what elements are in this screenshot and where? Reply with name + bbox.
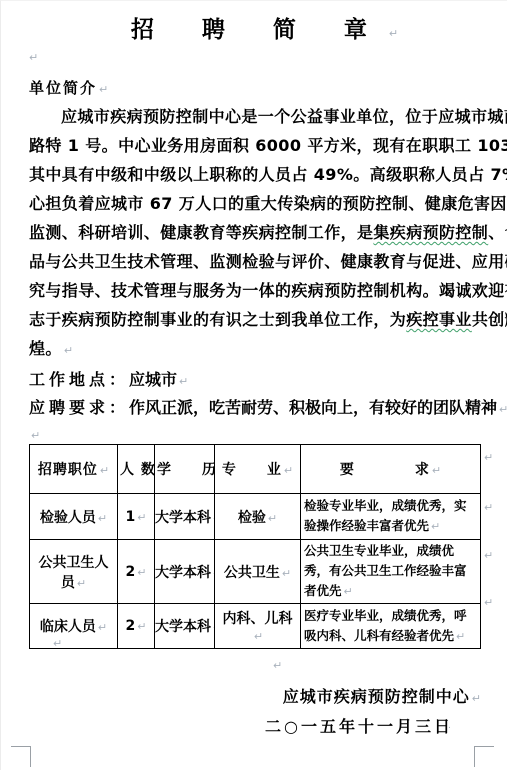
intro-text: 心担负着应城市 67 万人口的重大传染病的预防控制、健康危害因素	[29, 194, 507, 213]
grammar-check-underlined-text: 疾控事业	[406, 310, 472, 329]
count-cell: 1↵	[118, 494, 155, 540]
count-cell: 2↵	[118, 604, 155, 649]
paragraph-mark: ↵	[99, 83, 108, 96]
page-title: 招 聘 简 章↵	[1, 11, 507, 44]
row-end-mark: ↵	[484, 501, 493, 514]
intro-line: 志于疾病预防控制事业的有识之士到我单位工作，为疾控事业共创辉	[29, 305, 483, 334]
cell-end-mark: ↵	[432, 464, 441, 477]
intro-text: 、食	[488, 223, 507, 242]
intro-line: 究与指导、技术管理与服务为一体的疾病预防控制机构。竭诚欢迎有	[29, 276, 483, 305]
table-row: 检验人员↵1↵大学本科↵检验↵检验专业毕业，成绩优秀，实验操作经验丰富者优先↵	[30, 494, 481, 540]
intro-line: 煌。↵	[29, 334, 483, 363]
cell-text: 检验专业毕业，成绩优秀，实验操作经验丰富者优先	[304, 498, 467, 533]
requirements-cell: 公共卫生专业毕业，成绩优秀，有公共卫生工作经验丰富者优先↵	[301, 540, 481, 604]
cell-end-mark: ↵	[98, 621, 107, 634]
cell-end-mark: ↵	[344, 585, 353, 598]
requirements-cell: 医疗专业毕业，成绩优秀，呼吸内科、儿科有经验者优先↵	[301, 604, 481, 649]
requirements-cell: 检验专业毕业，成绩优秀，实验操作经验丰富者优先↵	[301, 494, 481, 540]
cell-text: 公共卫生人员	[39, 555, 109, 591]
cell-end-mark: ↵	[268, 512, 277, 525]
cell-end-mark: ↵	[98, 512, 107, 525]
cell-text: 1	[126, 509, 136, 525]
footer-organization-text: 应城市疾病预防控制中心	[283, 687, 470, 706]
intro-line: 其中具有中级和中级以上职称的人员占 49%。高级职称人员占 7%。中	[29, 160, 483, 189]
cell-text: 检验人员	[40, 510, 96, 526]
intro-line: 路特 1 号。中心业务用房面积 6000 平方米，现有在职职工 103 人，	[29, 131, 483, 160]
row-end-mark: ↵	[484, 596, 493, 609]
major-cell: 内科、儿科↵	[215, 604, 301, 649]
cell-text: 公共卫生专业毕业，成绩优秀，有公共卫生工作经验丰富者优先	[304, 543, 467, 598]
position-cell: 检验人员↵	[30, 494, 118, 540]
paragraph-mark: ↵	[389, 27, 398, 40]
cell-end-mark: ↵	[137, 566, 146, 579]
cell-text: 大学本科	[155, 510, 211, 526]
work-location-label: 工作地点：	[29, 370, 129, 389]
row-end-mark: ↵	[484, 549, 493, 562]
intro-text: 煌。	[29, 339, 62, 358]
page-title-text: 招 聘 简 章	[131, 17, 387, 43]
table-header-text: 招聘职位	[38, 462, 98, 478]
cell-end-mark: ↵	[254, 630, 263, 643]
cell-end-mark: ↵	[100, 464, 109, 477]
positions-table-head: 招聘职位↵人 数↵学 历↵专 业↵要 求↵	[30, 445, 481, 494]
cell-text: 大学本科	[155, 619, 211, 635]
row-end-mark: ↵	[484, 451, 493, 464]
intro-paragraph: 应城市疾病预防控制中心是一个公益事业单位，位于应城市城南路特 1 号。中心业务用…	[29, 102, 483, 363]
table-header-text: 人 数	[120, 462, 155, 478]
paragraph-mark: ↵	[499, 403, 507, 416]
positions-table: 招聘职位↵人 数↵学 历↵专 业↵要 求↵ 检验人员↵1↵大学本科↵检验↵检验专…	[29, 444, 481, 649]
intro-text: 品与公共卫生技术管理、监测检验与评价、健康教育与促进、应用研	[29, 252, 507, 271]
table-header-text: 学 历	[157, 462, 215, 478]
table-row: 临床人员↵2↵大学本科↵内科、儿科↵医疗专业毕业，成绩优秀，呼吸内科、儿科有经验…	[30, 604, 481, 649]
count-cell: 2↵	[118, 540, 155, 604]
table-header-cell: 人 数↵	[118, 445, 155, 494]
footer-date-text: 二○一五年十一月三日	[265, 717, 453, 736]
paragraph-mark: ↵	[472, 692, 481, 705]
work-location-value: 应城市	[129, 370, 177, 389]
intro-text: 应城市疾病预防控制中心是一个公益事业单位，位于应城市城南	[61, 107, 507, 126]
cell-text: 检验	[238, 510, 266, 526]
intro-text: 志于疾病预防控制事业的有识之士到我单位工作，为	[29, 310, 406, 329]
requirements-label: 应聘要求：	[29, 398, 129, 417]
intro-line: 心担负着应城市 67 万人口的重大传染病的预防控制、健康危害因素	[29, 189, 483, 218]
positions-table-wrap: 招聘职位↵人 数↵学 历↵专 业↵要 求↵ 检验人员↵1↵大学本科↵检验↵检验专…	[29, 444, 481, 649]
paragraph-mark: ↵	[64, 344, 73, 357]
table-header-cell: 招聘职位↵	[30, 445, 118, 494]
paragraph-mark: ↵	[53, 637, 62, 650]
table-header-cell: 学 历↵	[155, 445, 215, 494]
cell-end-mark: ↵	[431, 520, 440, 533]
unit-intro-heading-text: 单位简介	[29, 79, 97, 97]
cell-end-mark: ↵	[137, 511, 146, 524]
table-header-cell: 要 求↵	[301, 445, 481, 494]
margin-crop-mark-bottom-right	[474, 746, 494, 767]
positions-table-body: 检验人员↵1↵大学本科↵检验↵检验专业毕业，成绩优秀，实验操作经验丰富者优先↵公…	[30, 494, 481, 649]
cell-text: 大学本科	[155, 565, 211, 581]
intro-text: 共创辉	[472, 310, 507, 329]
requirements-line: 应聘要求：作风正派，吃苦耐劳、积极向上，有较好的团队精神↵	[29, 395, 507, 418]
intro-text: 路特 1 号。中心业务用房面积 6000 平方米，现有在职职工 103 人，	[29, 136, 507, 155]
major-cell: 公共卫生↵	[215, 540, 301, 604]
document-end-mark: .	[448, 721, 451, 731]
table-header-text: 要 求	[340, 462, 430, 478]
table-header-row: 招聘职位↵人 数↵学 历↵专 业↵要 求↵	[30, 445, 481, 494]
footer-organization: 应城市疾病预防控制中心↵	[1, 684, 481, 707]
paragraph-mark: ↵	[179, 375, 188, 388]
education-cell: 大学本科↵	[155, 494, 215, 540]
cell-end-mark: ↵	[456, 630, 465, 643]
document-page[interactable]: 招 聘 简 章↵ ↵ 单位简介↵ 应城市疾病预防控制中心是一个公益事业单位，位于…	[0, 0, 507, 770]
intro-text: 监测、科研培训、健康教育等疾病控制工作，是	[29, 223, 373, 242]
margin-crop-mark-bottom-left	[11, 746, 31, 767]
cell-end-mark: ↵	[284, 464, 293, 477]
position-cell: 临床人员↵	[30, 604, 118, 649]
cell-end-mark: ↵	[137, 620, 146, 633]
unit-intro-heading: 单位简介↵	[29, 77, 108, 98]
table-header-text: 专 业	[222, 462, 282, 478]
major-cell: 检验↵	[215, 494, 301, 540]
requirements-value: 作风正派，吃苦耐劳、积极向上，有较好的团队精神	[129, 398, 497, 417]
grammar-check-underlined-text: 集疾病预防控制	[373, 223, 488, 242]
cell-text: 2	[126, 564, 136, 580]
table-header-cell: 专 业↵	[215, 445, 301, 494]
intro-text: 究与指导、技术管理与服务为一体的疾病预防控制机构。竭诚欢迎有	[29, 281, 507, 300]
cell-text: 公共卫生	[224, 565, 280, 581]
intro-line: 监测、科研培训、健康教育等疾病控制工作，是集疾病预防控制、食	[29, 218, 483, 247]
intro-text: 其中具有中级和中级以上职称的人员占 49%。高级职称人员占 7%。中	[29, 165, 507, 184]
education-cell: 大学本科↵	[155, 604, 215, 649]
cell-text: 内科、儿科	[223, 611, 293, 627]
paragraph-mark: ↵	[29, 51, 38, 64]
table-row: 公共卫生人员↵2↵大学本科↵公共卫生↵公共卫生专业毕业，成绩优秀，有公共卫生工作…	[30, 540, 481, 604]
cell-text: 临床人员	[40, 619, 96, 635]
footer-date: 二○一五年十一月三日	[1, 714, 453, 737]
cell-text: 医疗专业毕业，成绩优秀，呼吸内科、儿科有经验者优先	[304, 608, 467, 643]
position-cell: 公共卫生人员↵	[30, 540, 118, 604]
education-cell: 大学本科↵	[155, 540, 215, 604]
intro-line: 应城市疾病预防控制中心是一个公益事业单位，位于应城市城南	[29, 102, 483, 131]
paragraph-mark: ↵	[273, 659, 282, 672]
cell-text: 2	[126, 618, 136, 634]
paragraph-mark: ↵	[31, 429, 40, 442]
intro-line: 品与公共卫生技术管理、监测检验与评价、健康教育与促进、应用研	[29, 247, 483, 276]
cell-end-mark: ↵	[77, 577, 86, 590]
work-location-line: 工作地点：应城市↵	[29, 367, 188, 390]
cell-end-mark: ↵	[282, 567, 291, 580]
